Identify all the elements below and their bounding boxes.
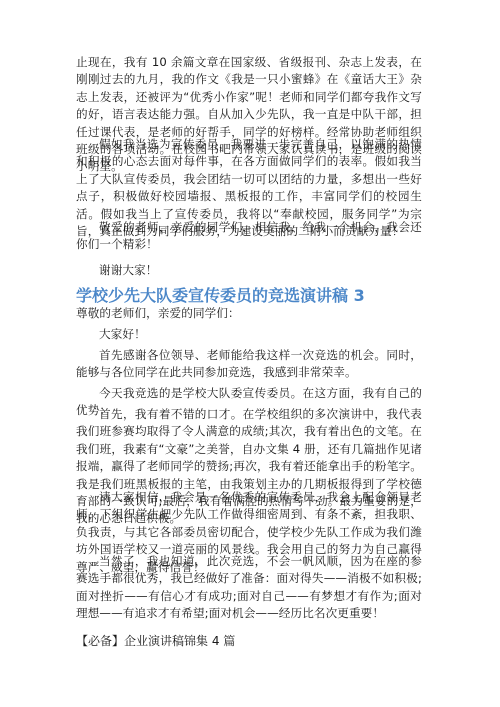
paragraph-thanks: 谢谢大家！ bbox=[76, 262, 422, 279]
paragraph-readiness: 当然了，我也知道，此次竞选，不会一帆风顺，因为在座的参赛选手都很优秀，我已经做好… bbox=[76, 553, 422, 623]
related-article-link[interactable]: 【必备】企业演讲稿锦集 4 篇 bbox=[76, 632, 235, 649]
salutation: 尊敬的老师们，亲爱的同学们： bbox=[76, 305, 422, 322]
paragraph-appeal: 敬爱的老师，亲爱的同学们，相信我，给我一个机会，我会还你们一个精彩！ bbox=[76, 219, 422, 254]
document-page: 止现在，我有 10 余篇文章在国家级、省级报刊、杂志上发表，在刚刚过去的九月，我… bbox=[0, 0, 500, 707]
paragraph-intro: 首先感谢各位领导、老师能给我这样一次竞选的机会。同时，能够与各位同学在此共同参加… bbox=[76, 347, 422, 382]
section-heading: 学校少先大队委宣传委员的竞选演讲稿 3 bbox=[76, 283, 365, 306]
paragraph-greeting: 大家好！ bbox=[76, 326, 422, 343]
